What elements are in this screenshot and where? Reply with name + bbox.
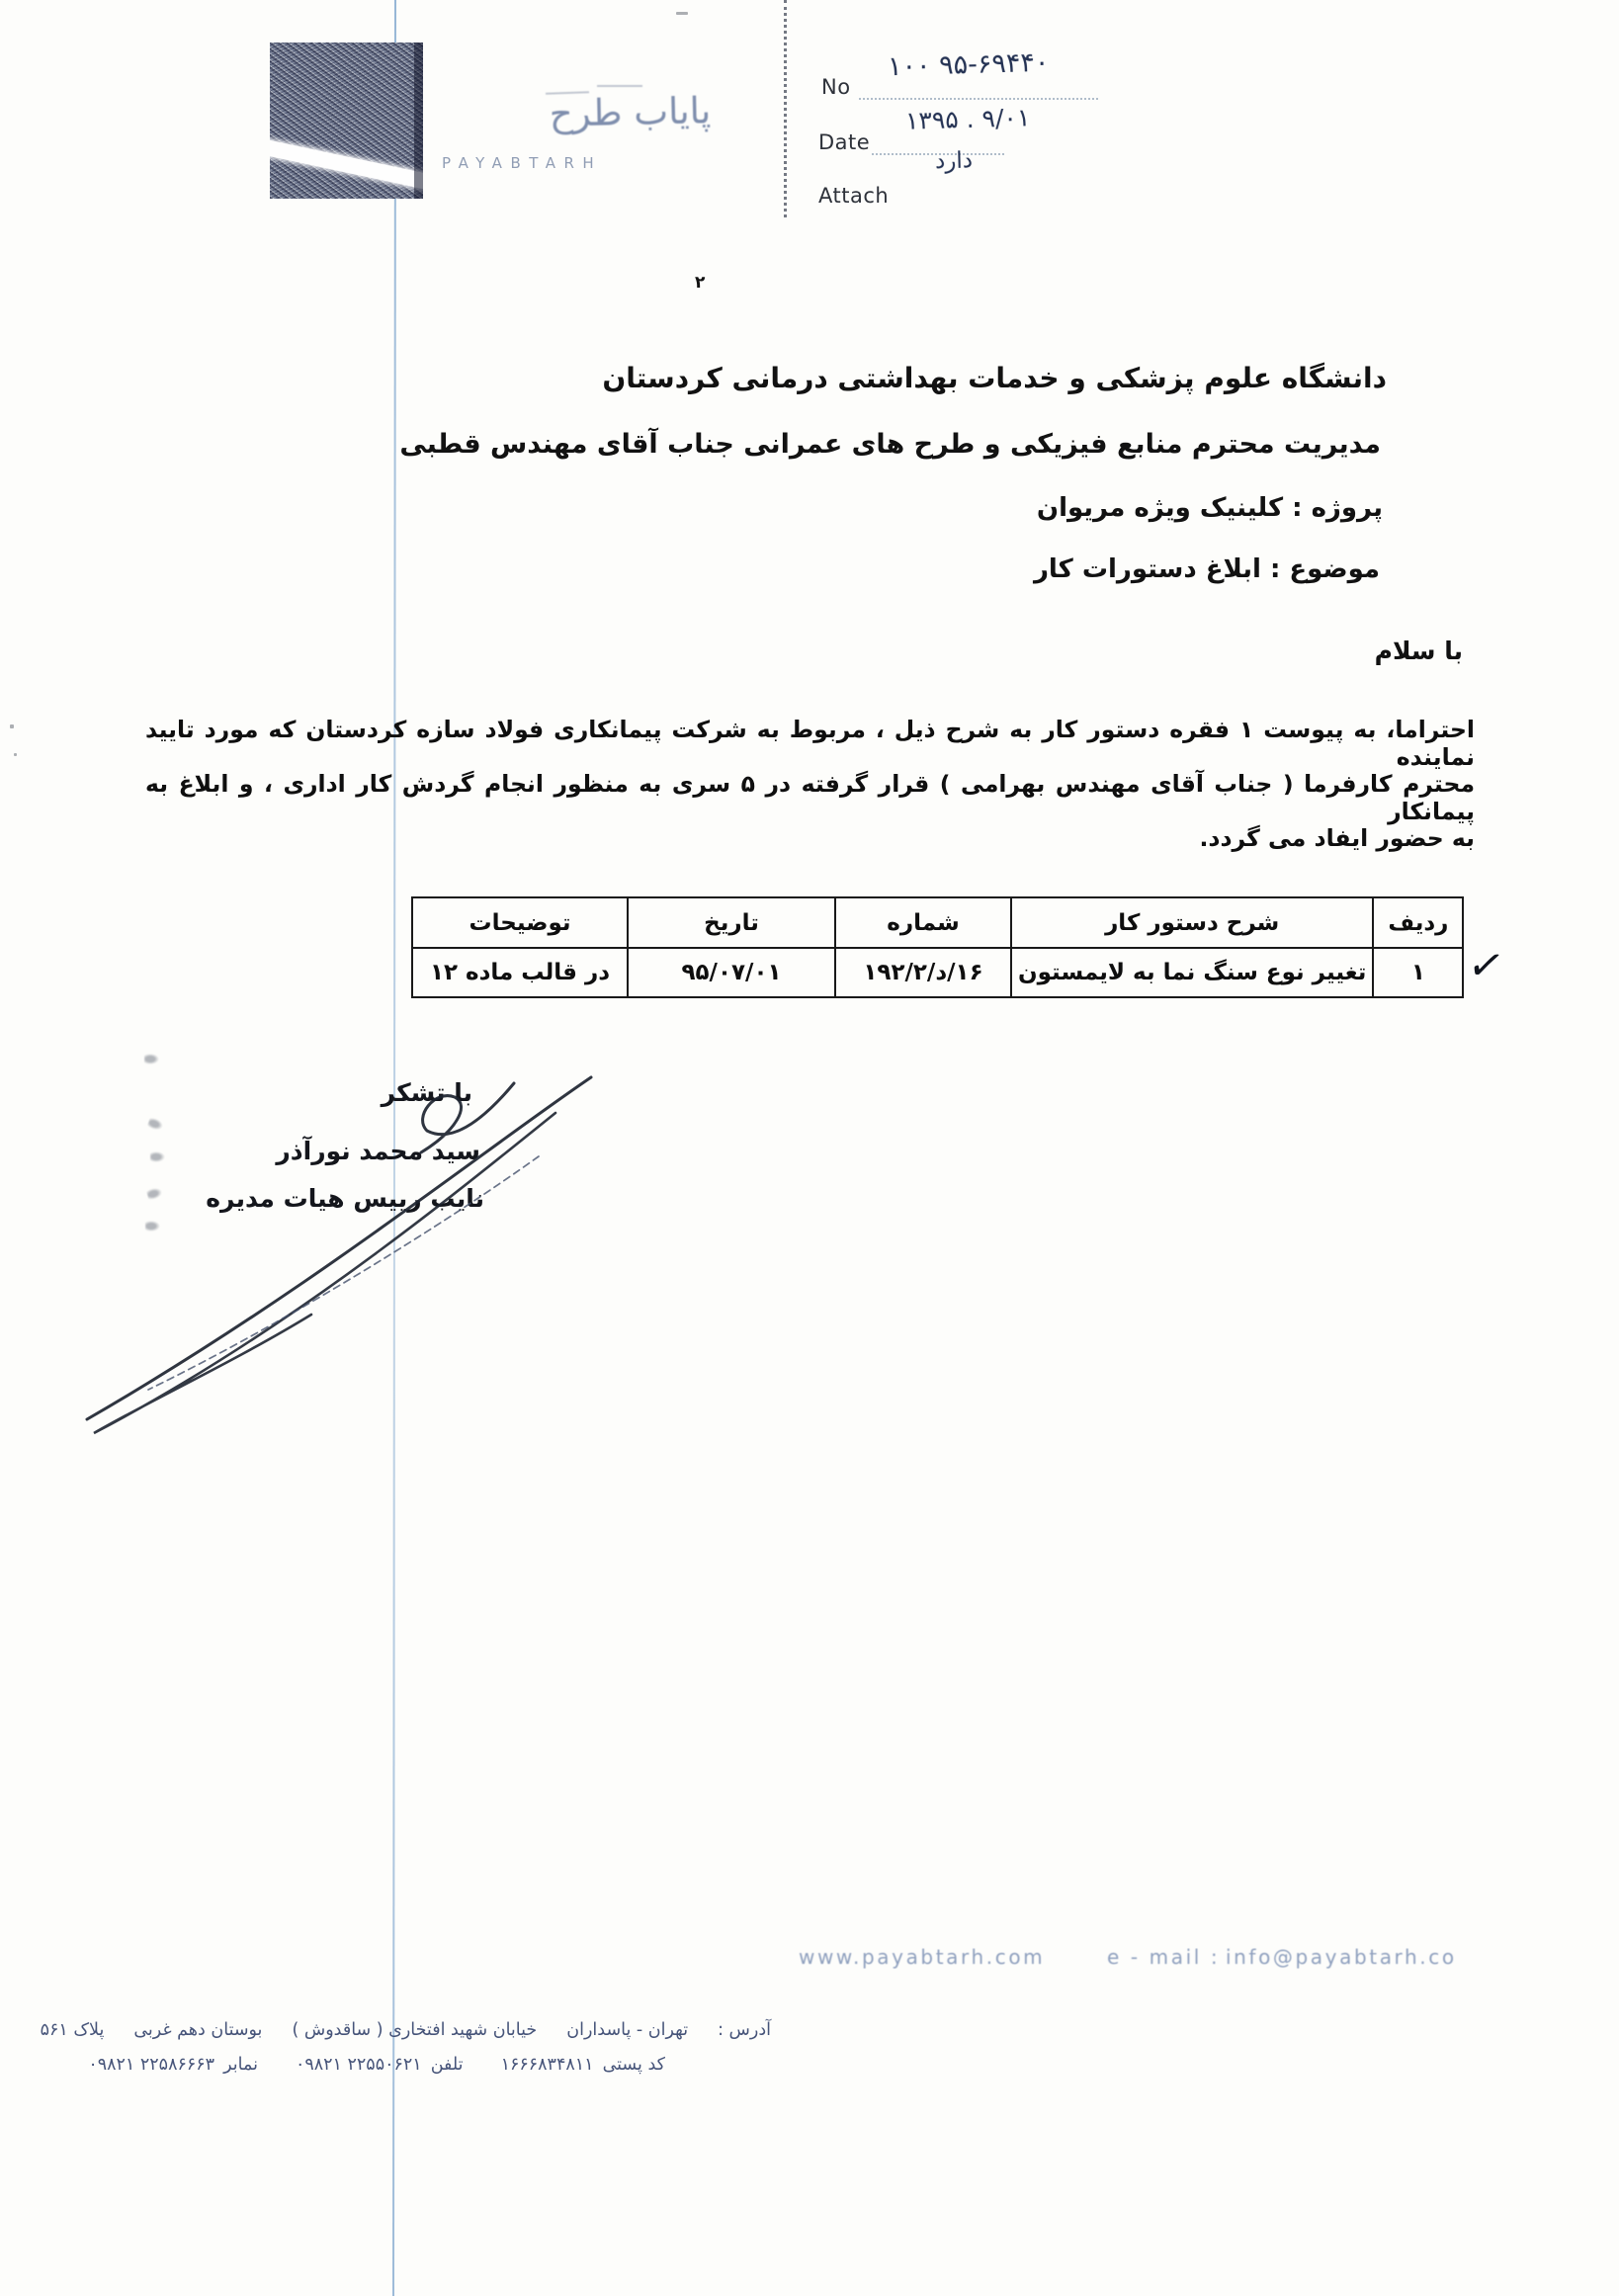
approval-checkmark: ✓ bbox=[1464, 940, 1508, 991]
attach-label: Attach bbox=[818, 184, 889, 208]
address-street: خیابان شهید افتخاری ( ساقدوش ) bbox=[292, 2020, 537, 2040]
date-handwritten-value: ۱۳۹۵ . ۹/۰۱ bbox=[905, 103, 1031, 135]
postal-code-value: ۱۶۶۶۸۳۴۸۱۱ bbox=[501, 2055, 594, 2075]
company-logo bbox=[270, 43, 423, 199]
body-line-2: محترم کارفرما ( جناب آقای مهندس بهرامی )… bbox=[145, 770, 1475, 825]
cell-description: تغییر نوع سنگ نما به لایمستون bbox=[1011, 948, 1373, 997]
email-label: e - mail : bbox=[1107, 1945, 1220, 1969]
page-number-mark: ۲ bbox=[695, 273, 705, 293]
scan-speck bbox=[10, 724, 14, 728]
no-dotted-leader bbox=[859, 98, 1098, 100]
fold-dotted-line bbox=[784, 0, 787, 217]
date-label: Date bbox=[818, 130, 870, 154]
brand-script-farsi: پایاب طرح bbox=[539, 89, 723, 135]
header-notes: توضیحات bbox=[412, 897, 628, 948]
phone-value: ۰۹۸۲۱ ۲۲۵۵۰۶۲۱ bbox=[296, 2055, 422, 2075]
address-district: بوستان دهم غربی bbox=[133, 2020, 262, 2040]
table-row: ۱ تغییر نوع سنگ نما به لایمستون ۱۹۲/۲/د/… bbox=[412, 948, 1463, 997]
cell-row-number: ۱ bbox=[1373, 948, 1463, 997]
no-label: No bbox=[821, 75, 851, 99]
address-city: تهران - پاسداران bbox=[566, 2020, 688, 2040]
recipient-line-university: دانشگاه علوم پزشکی و خدمات بهداشتی درمان… bbox=[602, 362, 1387, 394]
header-date: تاریخ bbox=[628, 897, 835, 948]
scanned-letter-page: پایاب طرح PAYABTARH No ۱۰۰ ۹۵-۶۹۴۴۰ Date… bbox=[0, 0, 1619, 2296]
cell-date: ۹۵/۰۷/۰۱ bbox=[628, 948, 835, 997]
brand-name-latin: PAYABTARH bbox=[442, 154, 602, 172]
body-line-3: به حضور ایفاد می گردد. bbox=[145, 824, 1475, 852]
phone-group: تلفن ۰۹۸۲۱ ۲۲۵۵۰۶۲۱ bbox=[296, 2055, 464, 2075]
stain-mark bbox=[144, 1054, 159, 1064]
cell-notes: در قالب ماده ۱۲ bbox=[412, 948, 628, 997]
handwritten-signature bbox=[59, 1046, 613, 1461]
address-plate: پلاک ۵۶۱ bbox=[41, 2020, 105, 2040]
footer-address-line: آدرس : تهران - پاسداران خیابان شهید افتخ… bbox=[41, 2020, 771, 2040]
body-line-1: احتراما، به پیوست ۱ فقره دستور کار به شر… bbox=[145, 716, 1475, 771]
attach-handwritten-value: دارد bbox=[935, 147, 974, 174]
illegible-script-mark bbox=[597, 85, 642, 87]
scan-speck bbox=[676, 12, 688, 15]
logo-diagonal-stripe bbox=[270, 138, 423, 191]
postal-code-label: کد پستی bbox=[603, 2055, 665, 2075]
recipient-line-management: مدیریت محترم منابع فیزیکی و طرح های عمرا… bbox=[399, 429, 1381, 460]
stain-mark bbox=[145, 1221, 160, 1232]
cell-number: ۱۹۲/۲/د/۱۶ bbox=[835, 948, 1011, 997]
subject-line: موضوع : ابلاغ دستورات کار bbox=[1034, 554, 1380, 584]
fax-label: نمابر bbox=[223, 2055, 258, 2075]
work-orders-table: ردیف شرح دستور کار شماره تاریخ توضیحات ۱… bbox=[411, 896, 1464, 998]
logo-edge-shadow bbox=[414, 43, 423, 199]
postal-code-group: کد پستی ۱۶۶۶۸۳۴۸۱۱ bbox=[501, 2055, 665, 2075]
website-url: www.payabtarh.com bbox=[799, 1945, 1045, 1969]
stain-mark bbox=[150, 1151, 165, 1162]
table-header-row: ردیف شرح دستور کار شماره تاریخ توضیحات bbox=[412, 897, 1463, 948]
header-number: شماره bbox=[835, 897, 1011, 948]
phone-label: تلفن bbox=[431, 2055, 464, 2075]
fax-value: ۰۹۸۲۱ ۲۲۵۸۶۶۶۳ bbox=[88, 2055, 214, 2075]
address-label: آدرس : bbox=[718, 2020, 771, 2040]
footer-contact-line: کد پستی ۱۶۶۶۸۳۴۸۱۱ تلفن ۰۹۸۲۱ ۲۲۵۵۰۶۲۱ ن… bbox=[88, 2055, 665, 2075]
project-line: پروژه : کلینیک ویژه مریوان bbox=[1037, 493, 1383, 523]
no-handwritten-value: ۱۰۰ ۹۵-۶۹۴۴۰ bbox=[888, 47, 1050, 83]
header-description: شرح دستور کار bbox=[1011, 897, 1373, 948]
email-address: info@payabtarh.co bbox=[1226, 1945, 1457, 1969]
scan-speck bbox=[14, 753, 17, 756]
fax-group: نمابر ۰۹۸۲۱ ۲۲۵۸۶۶۶۳ bbox=[88, 2055, 258, 2075]
salutation: با سلام bbox=[1375, 637, 1463, 665]
header-row-number: ردیف bbox=[1373, 897, 1463, 948]
